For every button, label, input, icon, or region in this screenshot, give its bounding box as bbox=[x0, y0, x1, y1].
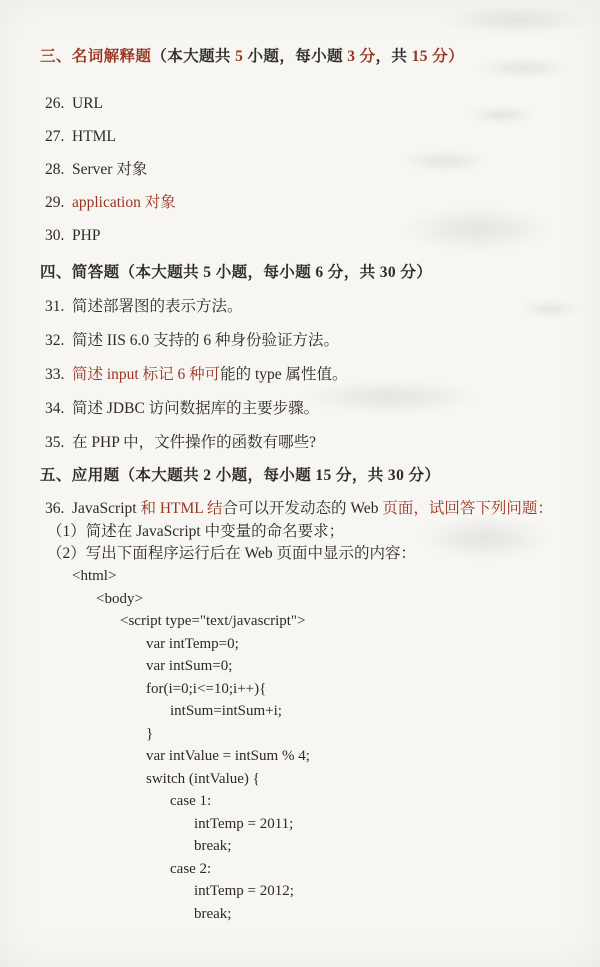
section-5-heading: 五、应用题（本大题共 2 小题，每小题 15 分，共 30 分） bbox=[40, 465, 582, 487]
text-run: 小题，每小题 bbox=[243, 48, 347, 65]
text-run: URL bbox=[72, 95, 103, 112]
code-line-script-open: <script type="text/javascript"> bbox=[40, 610, 582, 633]
question-35: 35.在 PHP 中，文件操作的函数有哪些? bbox=[40, 432, 582, 454]
code-line-var-intsum: var intSum=0; bbox=[40, 655, 582, 678]
text-run: <html> bbox=[72, 568, 116, 584]
question-32: 32.简述 IIS 6.0 支持的 6 种身份验证方法。 bbox=[40, 330, 582, 352]
question-28: 28.Server 对象 bbox=[40, 159, 582, 181]
text-run: break; bbox=[194, 838, 231, 854]
code-line-var-inttemp: var intTemp=0; bbox=[40, 633, 582, 656]
text-run: var intSum=0; bbox=[146, 658, 232, 674]
text-run: 页面，试回答下列问题： bbox=[382, 500, 553, 517]
code-line-html-open: <html> bbox=[40, 565, 582, 588]
text-run: PHP bbox=[72, 227, 100, 244]
question-29: 29.application 对象 bbox=[40, 192, 582, 214]
text-run: 能的 type 属性值。 bbox=[220, 366, 347, 383]
question-36-part-1: （1）简述在 JavaScript 中变量的命名要求； bbox=[40, 521, 582, 543]
question-34: 34.简述 JDBC 访问数据库的主要步骤。 bbox=[40, 398, 582, 420]
text-run: 3 分 bbox=[347, 48, 375, 65]
text-run: case 1: bbox=[170, 793, 211, 809]
text-run: switch (intValue) { bbox=[146, 771, 260, 787]
code-line-body-open: <body> bbox=[40, 588, 582, 611]
question-36: 36.JavaScript 和 HTML 结合可以开发动态的 Web 页面，试回… bbox=[40, 498, 582, 520]
text-run: 在 PHP 中，文件操作的函数有哪些? bbox=[72, 434, 316, 451]
code-line-var-intvalue: var intValue = intSum % 4; bbox=[40, 745, 582, 768]
code-line-sum-accum: intSum=intSum+i; bbox=[40, 700, 582, 723]
text-run: 简述 JDBC 访问数据库的主要步骤。 bbox=[72, 400, 319, 417]
question-number: 36. bbox=[45, 498, 72, 520]
question-number: 29. bbox=[45, 192, 72, 214]
text-run: case 2: bbox=[170, 861, 211, 877]
text-run: 简述 input 标记 6 种可 bbox=[72, 366, 220, 383]
text-run: intTemp = 2011; bbox=[194, 816, 293, 832]
text-run: break; bbox=[194, 906, 231, 922]
text-run: 简述 IIS 6.0 支持的 6 种身份验证方法。 bbox=[72, 332, 339, 349]
text-run: } bbox=[146, 726, 153, 742]
text-run: 简述部署图的表示方法。 bbox=[72, 298, 243, 315]
text-run: ，共 bbox=[376, 48, 412, 65]
text-run: 和 HTML 结 bbox=[140, 500, 222, 517]
text-run: intSum=intSum+i; bbox=[170, 703, 282, 719]
section-3-heading: 三、名词解释题（本大题共 5 小题，每小题 3 分，共 15 分） bbox=[40, 46, 582, 68]
question-number: 28. bbox=[45, 159, 72, 181]
text-run: for(i=0;i<=10;i++){ bbox=[146, 681, 266, 697]
text-run: （2）写出下面程序运行后在 Web 页面中显示的内容： bbox=[47, 545, 416, 562]
text-run: 四、简答题（本大题共 5 小题，每小题 6 分，共 30 分） bbox=[40, 264, 432, 281]
text-run: application 对象 bbox=[72, 194, 176, 211]
text-run: HTML bbox=[72, 128, 116, 145]
text-run: var intTemp=0; bbox=[146, 636, 239, 652]
question-number: 30. bbox=[45, 225, 72, 247]
question-36-part-2: （2）写出下面程序运行后在 Web 页面中显示的内容： bbox=[40, 543, 582, 565]
question-number: 34. bbox=[45, 398, 72, 420]
code-line-case-1: case 1: bbox=[40, 790, 582, 813]
question-30: 30.PHP bbox=[40, 225, 582, 247]
question-number: 33. bbox=[45, 364, 72, 386]
code-line-switch: switch (intValue) { bbox=[40, 768, 582, 791]
section-4-heading: 四、简答题（本大题共 5 小题，每小题 6 分，共 30 分） bbox=[40, 262, 582, 284]
code-line-case2-break: break; bbox=[40, 903, 582, 926]
text-run: var intValue = intSum % 4; bbox=[146, 748, 310, 764]
text-run: （本大题共 bbox=[151, 48, 235, 65]
question-27: 27.HTML bbox=[40, 126, 582, 148]
code-line-case2-assign: intTemp = 2012; bbox=[40, 880, 582, 903]
exam-document: 三、名词解释题（本大题共 5 小题，每小题 3 分，共 15 分）26.URL2… bbox=[0, 0, 600, 925]
text-run: 15 分） bbox=[412, 48, 464, 65]
code-line-case1-break: break; bbox=[40, 835, 582, 858]
code-line-for: for(i=0;i<=10;i++){ bbox=[40, 678, 582, 701]
text-run: <script type="text/javascript"> bbox=[120, 613, 306, 629]
text-run: <body> bbox=[96, 591, 143, 607]
text-run: 合可以开发动态的 Web bbox=[223, 500, 383, 517]
text-run: intTemp = 2012; bbox=[194, 883, 294, 899]
question-number: 31. bbox=[45, 296, 72, 318]
code-line-case-2: case 2: bbox=[40, 858, 582, 881]
text-run: （1）简述在 JavaScript 中变量的命名要求； bbox=[47, 523, 344, 540]
code-line-case1-assign: intTemp = 2011; bbox=[40, 813, 582, 836]
scanned-exam-page: 三、名词解释题（本大题共 5 小题，每小题 3 分，共 15 分）26.URL2… bbox=[0, 0, 600, 967]
question-number: 35. bbox=[45, 432, 72, 454]
question-26: 26.URL bbox=[40, 93, 582, 115]
code-line-for-close: } bbox=[40, 723, 582, 746]
question-number: 32. bbox=[45, 330, 72, 352]
question-31: 31.简述部署图的表示方法。 bbox=[40, 296, 582, 318]
text-run: 五、应用题（本大题共 2 小题，每小题 15 分，共 30 分） bbox=[40, 467, 440, 484]
text-run: 三、名词解释题 bbox=[40, 48, 151, 65]
question-number: 26. bbox=[45, 93, 72, 115]
question-33: 33.简述 input 标记 6 种可能的 type 属性值。 bbox=[40, 364, 582, 386]
question-number: 27. bbox=[45, 126, 72, 148]
text-run: Server 对象 bbox=[72, 161, 147, 178]
text-run: JavaScript bbox=[72, 500, 140, 517]
